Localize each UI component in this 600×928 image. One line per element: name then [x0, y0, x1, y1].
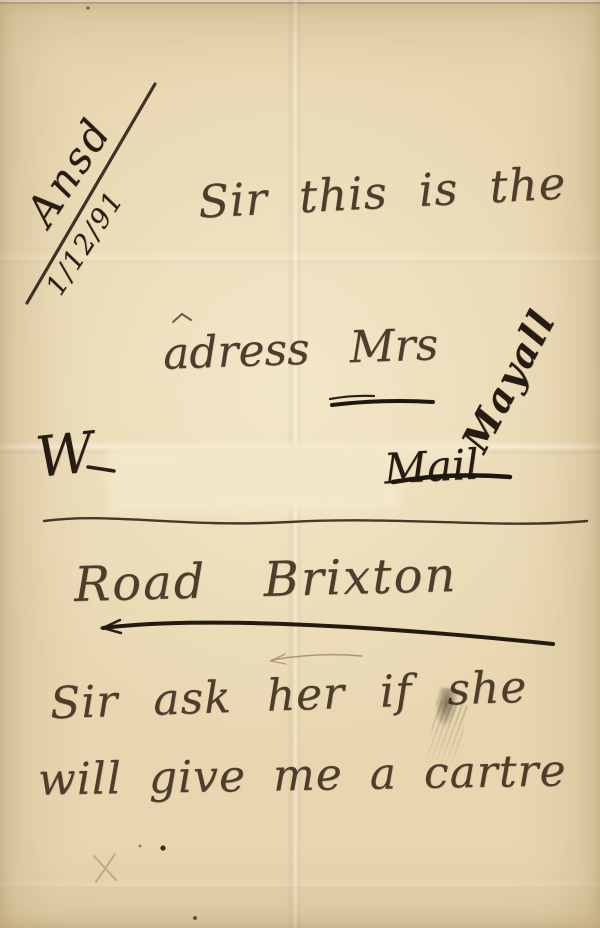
faint-underline — [272, 655, 362, 660]
mrs-underline-thin — [330, 396, 374, 399]
ink-speck-2 — [193, 916, 197, 920]
mrs-underline — [332, 401, 433, 405]
ink-speck-4 — [139, 845, 142, 848]
ink-speck-3 — [86, 6, 89, 9]
address-underline — [44, 518, 587, 524]
answered-diagonal-line — [27, 84, 155, 303]
mail-strikethrough — [393, 475, 510, 482]
road-underline — [103, 623, 553, 644]
bleedthrough-mark — [94, 854, 116, 882]
pen-strokes-overlay — [0, 0, 600, 928]
w-dash — [88, 467, 114, 471]
ink-speck-1 — [160, 845, 165, 850]
letter-scan: Ansd 1/12/91 Sir this is the adress Mrs … — [0, 0, 600, 928]
caret-mark — [173, 314, 191, 322]
